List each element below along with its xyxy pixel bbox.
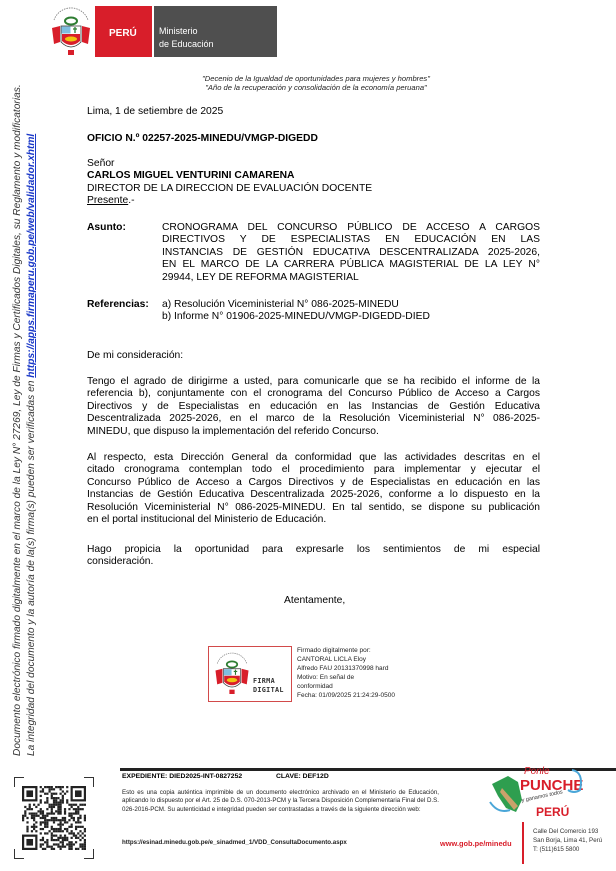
oficio-number: OFICIO N.º 02257-2025-MINEDU/VMGP-DIGEDD: [87, 133, 318, 145]
gob-pe-link[interactable]: www.gob.pe/minedu: [440, 839, 512, 848]
qr-code: [14, 777, 94, 859]
svg-text:Ponle: Ponle: [524, 766, 550, 777]
ponle-punche-logo: Ponle PUNCHE y ganamos todos PERÚ: [488, 762, 588, 824]
clave-code: CLAVE: DEF12D: [276, 773, 329, 780]
side-note-line2: La integridad del documento y la autoría…: [26, 134, 37, 756]
ministry-address: Calle Del Comercio 193 San Borja, Lima 4…: [533, 828, 602, 854]
qr-code-icon: [22, 786, 86, 850]
verification-url[interactable]: https://esinad.minedu.gob.pe/e_sinadmed_…: [122, 839, 347, 846]
greeting: De mi consideración:: [87, 350, 183, 362]
paragraph-2: Al respecto, esta Dirección General da c…: [87, 452, 540, 526]
place-date: Lima, 1 de setiembre de 2025: [87, 106, 223, 118]
side-note-line1: Documento electrónico firmado digitalmen…: [12, 84, 23, 756]
paragraph-3: Hago propicia la oportunidad para expres…: [87, 544, 540, 569]
authenticity-note: Esto es una copia auténtica imprimible d…: [122, 789, 439, 814]
decenio-motto: "Decenio de la Igualdad de oportunidades…: [0, 74, 616, 92]
expediente-number: EXPEDIENTE: DIED2025-INT-0827252: [122, 773, 242, 780]
recipient-name: CARLOS MIGUEL VENTURINI CAMARENA: [87, 170, 372, 182]
paragraph-1: Tengo el agrado de dirigirme a usted, pa…: [87, 376, 540, 438]
coat-of-arms-icon: [212, 650, 252, 698]
recipient-position: DIRECTOR DE LA DIRECCION DE EVALUACIÓN D…: [87, 183, 372, 195]
reference-item: b) Informe N° 01906-2025-MINEDU/VMGP-DIG…: [162, 311, 430, 323]
footer-separator: [522, 822, 524, 864]
peru-label: PERÚ: [95, 6, 152, 57]
asunto-text: CRONOGRAMA DEL CONCURSO PÚBLICO DE ACCES…: [162, 222, 540, 284]
referencias-label: Referencias:: [87, 299, 149, 310]
digital-signature-stamp: FIRMA DIGITAL: [208, 646, 292, 702]
validator-link[interactable]: https://apps.firmaperu.gob.pe/web/valida…: [26, 134, 37, 378]
reference-item: a) Resolución Viceministerial N° 086-202…: [162, 299, 430, 311]
asunto-label: Asunto:: [87, 222, 126, 233]
referencias-list: a) Resolución Viceministerial N° 086-202…: [162, 299, 430, 324]
signature-details: Firmado digitalmente por: CANTORAL LICLA…: [297, 646, 395, 700]
closing: Atentamente,: [284, 595, 345, 607]
ministry-name: Ministerio de Educación: [154, 6, 277, 57]
recipient-block: Señor CARLOS MIGUEL VENTURINI CAMARENA D…: [87, 158, 372, 208]
svg-text:PERÚ: PERÚ: [536, 804, 569, 819]
coat-of-arms-icon: [48, 6, 94, 58]
firma-digital-label: FIRMA DIGITAL: [253, 677, 284, 695]
